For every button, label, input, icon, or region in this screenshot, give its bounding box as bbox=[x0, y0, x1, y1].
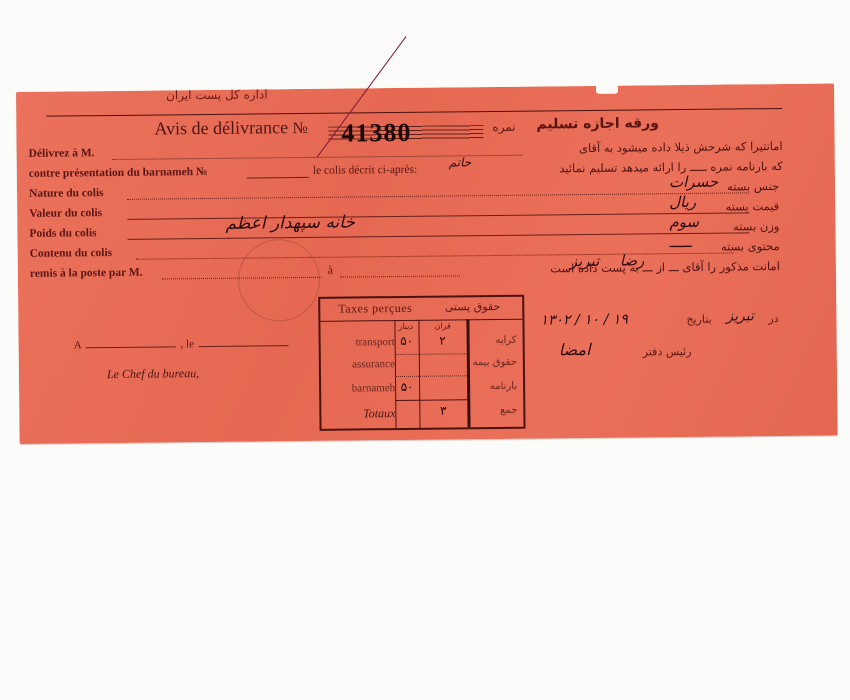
label-date-fa: بتاریخ bbox=[686, 313, 711, 326]
label-date: , le bbox=[180, 338, 194, 350]
title-persian: ورقه اجازه تسلیم bbox=[536, 115, 659, 132]
row-label: Totaux bbox=[325, 406, 395, 422]
label-sender: remis à la poste par M. bbox=[30, 267, 143, 280]
fill-line bbox=[127, 212, 749, 220]
taxes-title-fr: Taxes perçues bbox=[338, 301, 412, 317]
chief-signature-fa: امضا رئیس دفتر bbox=[559, 338, 759, 370]
row-label: barnameh bbox=[325, 382, 395, 395]
fill-line bbox=[340, 275, 460, 277]
paper-tear bbox=[596, 84, 618, 94]
dinar-value: ۵۰ bbox=[397, 334, 417, 348]
label-fa-nature: جنس بسته bbox=[727, 179, 779, 194]
fill-line bbox=[128, 232, 750, 240]
table-row: barnameh ۵۰ بارنامه bbox=[321, 379, 523, 401]
taxes-title-fa: حقوق پستی bbox=[445, 300, 501, 314]
title-french: Avis de délivrance № bbox=[154, 117, 308, 140]
kran-value: ۲ bbox=[421, 333, 465, 347]
label-contents: Contenu du colis bbox=[30, 247, 113, 260]
label-weight: Poids du colis bbox=[29, 227, 96, 240]
delivery-notice-form: اداره کل پست ایران Avis de délivrance № … bbox=[16, 83, 838, 444]
row-divider bbox=[395, 375, 467, 377]
handwritten-place: تبریز bbox=[726, 308, 754, 324]
label-value: Valeur du colis bbox=[29, 207, 102, 220]
faded-postmark bbox=[238, 239, 321, 322]
label-barnameh: contre présentation du barnameh № bbox=[29, 166, 208, 180]
total-divider bbox=[395, 399, 467, 401]
fill-line bbox=[127, 192, 749, 200]
row-label-fa: حقوق بیمه bbox=[473, 357, 517, 368]
table-row: transport ۵۰ ۲ کرایه bbox=[321, 333, 523, 355]
table-row-total: Totaux ۳ جمع bbox=[321, 403, 523, 425]
row-label-fa: جمع bbox=[500, 405, 517, 416]
handwritten-date: ۱۹ / ۱۰ / ۱۳۰۲ bbox=[540, 312, 628, 329]
label-fa-deliver-to: امانتیرا که شرحش ذیلا داده میشود به آقای bbox=[579, 139, 783, 155]
table-row: assurance حقوق بیمه bbox=[321, 355, 523, 377]
handwritten-address: خانه سپهدار اعظم bbox=[225, 212, 355, 233]
fill-line bbox=[86, 346, 176, 348]
fill-line bbox=[247, 177, 309, 179]
numero-persian: نمره bbox=[492, 120, 515, 134]
label-place-fa: در bbox=[768, 312, 778, 325]
handwritten-value: ریال bbox=[669, 193, 696, 211]
label-place: A bbox=[74, 339, 81, 351]
row-label: assurance bbox=[325, 358, 395, 371]
label-fa-value: قیمت بسته bbox=[725, 199, 779, 214]
col-dinar: دینار bbox=[398, 322, 413, 331]
header-rule bbox=[46, 108, 782, 117]
taxes-table: دینار قران transport ۵۰ ۲ کرایه assuranc… bbox=[320, 319, 523, 429]
handwritten-origin: تبریز bbox=[570, 252, 600, 270]
place-date-line: A , le bbox=[74, 337, 289, 351]
handwritten-signature: امضا bbox=[559, 340, 591, 359]
place-date-fa: ۱۹ / ۱۰ / ۱۳۰۲ بتاریخ تبریز در bbox=[536, 310, 786, 337]
label-barnameh-suffix: le colis décrit ci-après: bbox=[313, 164, 418, 177]
label-fa-weight: وزن بسته bbox=[733, 219, 779, 233]
label-sender-suffix: à bbox=[328, 265, 333, 277]
handwritten-contents: ـــــ bbox=[670, 233, 692, 251]
handwritten-sender: رضا bbox=[620, 251, 645, 269]
fill-line bbox=[199, 345, 289, 347]
col-kran: قران bbox=[434, 321, 450, 330]
label-nature: Nature du colis bbox=[29, 187, 104, 200]
handwritten-recipient-name: حاتم bbox=[449, 155, 472, 169]
row-label-fa: کرایه bbox=[495, 335, 516, 346]
row-label-fa: بارنامه bbox=[490, 381, 517, 392]
label-fa-contents: محتوی بسته bbox=[721, 239, 780, 254]
taxes-box: Taxes perçues حقوق پستی دینار قران trans… bbox=[318, 295, 525, 431]
handwritten-nature: حسرات bbox=[669, 173, 718, 192]
chef-du-bureau: Le Chef du bureau, bbox=[107, 366, 199, 382]
dinar-value: ۵۰ bbox=[397, 380, 417, 394]
handwritten-weight: سوم bbox=[669, 213, 699, 231]
kran-value: ۳ bbox=[421, 403, 465, 417]
row-label: transport bbox=[325, 336, 395, 349]
label-chief-fa: رئیس دفتر bbox=[643, 345, 692, 359]
top-banner-text: اداره کل پست ایران bbox=[166, 84, 596, 103]
label-deliver-to: Délivrez à M. bbox=[29, 147, 95, 160]
